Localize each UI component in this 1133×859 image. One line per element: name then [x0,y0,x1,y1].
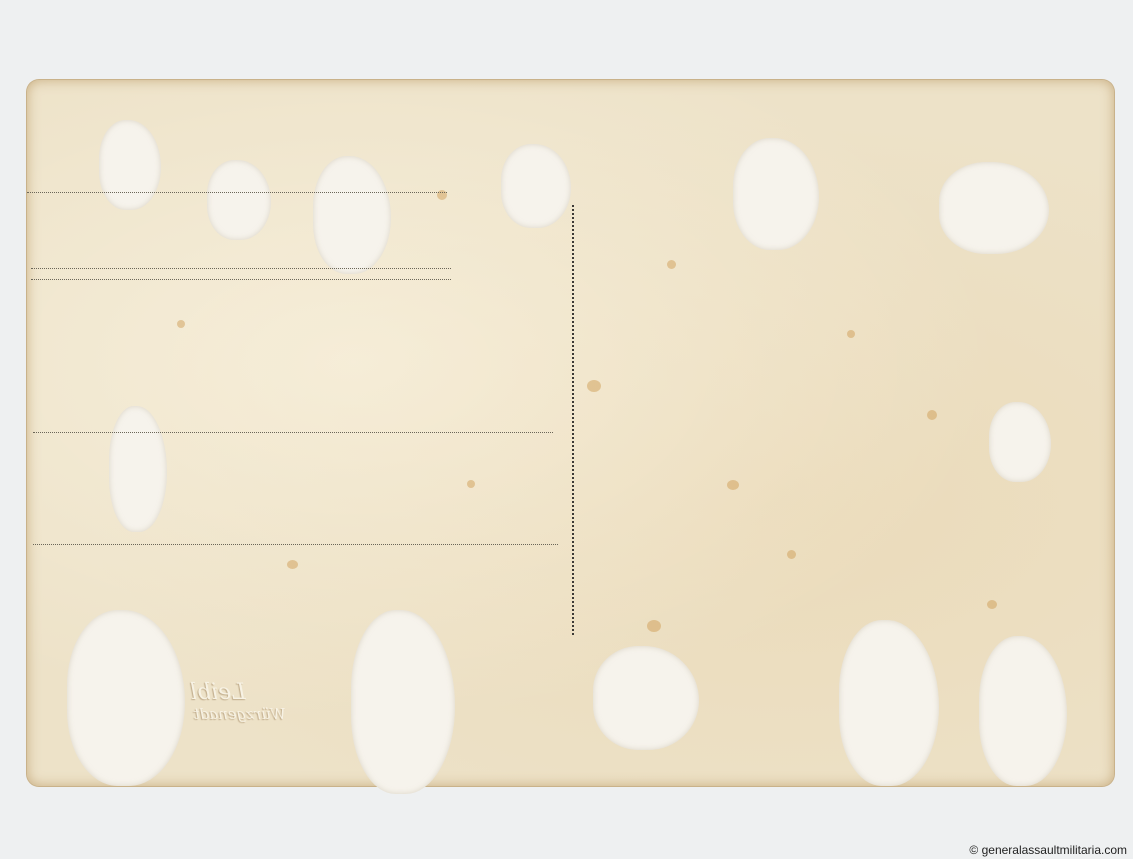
address-line [33,544,558,545]
adhesive-residue [501,144,571,228]
copyright-watermark: © generalassaultmilitaria.com [969,843,1127,857]
foxing-spot [787,550,796,559]
adhesive-residue [593,646,699,750]
adhesive-residue [351,610,455,794]
adhesive-residue [67,610,185,786]
embossed-photographer-stamp: Leibl Würzgenadt [190,680,286,723]
adhesive-residue [979,636,1067,786]
address-line [27,192,447,193]
center-divider-line [572,205,574,635]
adhesive-residue [99,120,161,210]
address-line [33,432,553,433]
foxing-spot [847,330,855,338]
adhesive-residue [109,406,167,532]
foxing-spot [177,320,185,328]
foxing-spot [587,380,601,392]
address-line [31,268,451,269]
adhesive-residue [989,402,1051,482]
adhesive-residue [733,138,819,250]
stamp-line-1: Leibl [190,680,246,705]
adhesive-residue [207,160,271,240]
address-line [31,279,451,280]
foxing-spot [987,600,997,609]
foxing-spot [667,260,676,269]
adhesive-residue [839,620,939,786]
stamp-line-2: Würzgenadt [190,705,286,723]
foxing-spot [727,480,739,490]
foxing-spot [927,410,937,420]
adhesive-residue [313,156,391,274]
adhesive-residue [939,162,1049,254]
foxing-spot [647,620,661,632]
foxing-spot [467,480,475,488]
foxing-spot [287,560,298,569]
